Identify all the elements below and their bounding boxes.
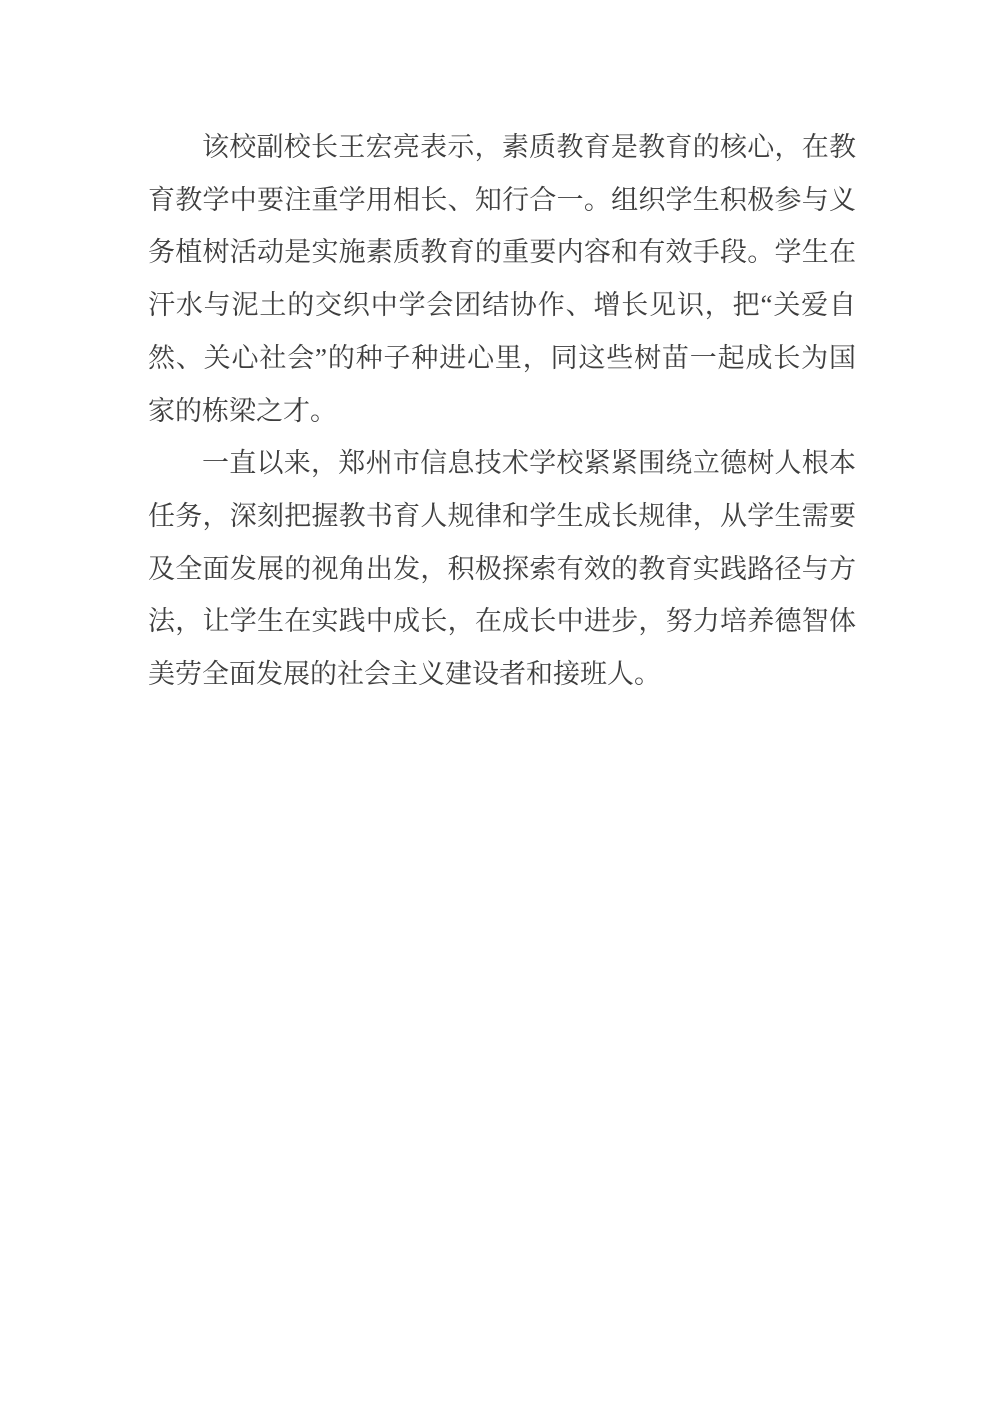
paragraph-2-line-4: 法，让学生在实践中成长，在成长中进步，努力培养德智体 — [148, 595, 856, 648]
paragraph-2-line-3: 及全面发展的视角出发，积极探索有效的教育实践路径与方 — [148, 543, 856, 596]
paragraph-1-line-6: 家的栋梁之才。 — [148, 385, 856, 438]
paragraph-2-line-1: 一直以来，郑州市信息技术学校紧紧围绕立德树人根本 — [148, 437, 856, 490]
paragraph-1-line-5: 然、关心社会”的种子种进心里，同这些树苗一起成长为国 — [148, 332, 856, 385]
paragraph-1-line-1: 该校副校长王宏亮表示，素质教育是教育的核心，在教 — [148, 121, 856, 174]
paragraph-2-line-2: 任务，深刻把握教书育人规律和学生成长规律，从学生需要 — [148, 490, 856, 543]
document-page: 该校副校长王宏亮表示，素质教育是教育的核心，在教 育教学中要注重学用相长、知行合… — [0, 0, 1000, 1415]
paragraph-2: 一直以来，郑州市信息技术学校紧紧围绕立德树人根本 任务，深刻把握教书育人规律和学… — [148, 437, 856, 701]
paragraph-1: 该校副校长王宏亮表示，素质教育是教育的核心，在教 育教学中要注重学用相长、知行合… — [148, 121, 856, 437]
paragraph-1-line-3: 务植树活动是实施素质教育的重要内容和有效手段。学生在 — [148, 226, 856, 279]
paragraph-1-line-4: 汗水与泥土的交织中学会团结协作、增长见识，把“关爱自 — [148, 279, 856, 332]
paragraph-1-line-2: 育教学中要注重学用相长、知行合一。组织学生积极参与义 — [148, 174, 856, 227]
text-block: 该校副校长王宏亮表示，素质教育是教育的核心，在教 育教学中要注重学用相长、知行合… — [148, 121, 856, 701]
paragraph-2-line-5: 美劳全面发展的社会主义建设者和接班人。 — [148, 648, 856, 701]
